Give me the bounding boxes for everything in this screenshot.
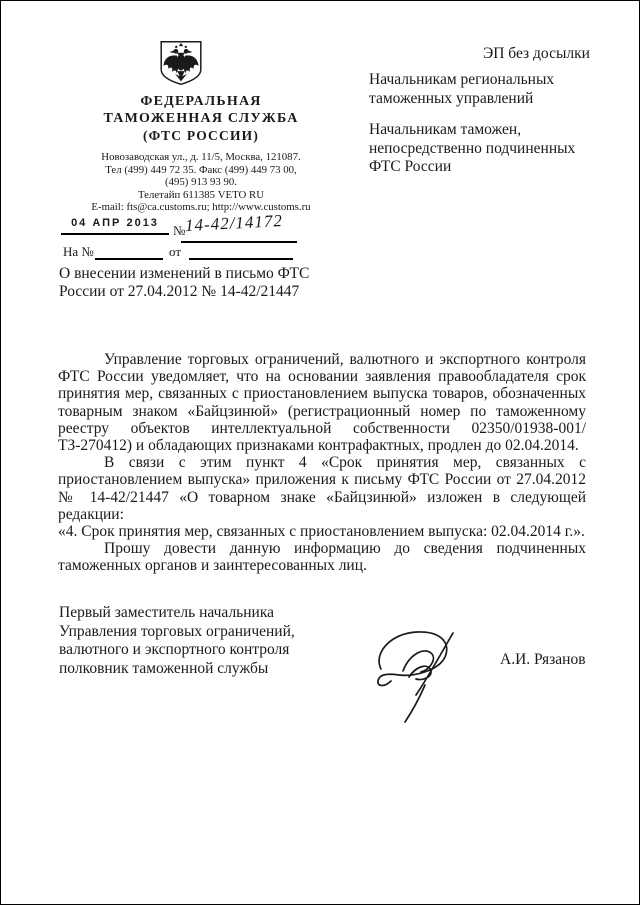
signer-name: А.И. Рязанов xyxy=(500,651,586,669)
signer-title: Первый заместитель начальника Управления… xyxy=(59,604,359,679)
org-name: ФЕДЕРАЛЬНАЯ ТАМОЖЕННАЯ СЛУЖБА xyxy=(41,93,361,127)
delivery-note: ЭП без досылки xyxy=(483,45,590,63)
from-date-label: от xyxy=(169,244,181,260)
org-name-line1: ФЕДЕРАЛЬНАЯ xyxy=(41,93,361,110)
body-paragraph: Прошу довести данную информацию до сведе… xyxy=(58,540,586,574)
from-date-blank-line xyxy=(189,258,293,260)
outgoing-number-underline xyxy=(181,241,297,243)
org-address: Новозаводская ул., д. 11/5, Москва, 1210… xyxy=(31,151,371,201)
number-sign-label: № xyxy=(173,223,185,239)
addressee-customs-offices: Начальникам таможен, непосредственно под… xyxy=(369,121,599,177)
body-paragraph: «4. Срок принятия мер, связанных с приос… xyxy=(58,523,586,540)
signature xyxy=(369,623,485,727)
in-reply-to-label: На № xyxy=(63,244,94,260)
letter-body: Управление торговых ограничений, валютно… xyxy=(58,351,586,575)
in-reply-to-blank-line xyxy=(95,258,163,260)
org-email-web: E-mail: fts@ca.customs.ru; http://www.cu… xyxy=(31,201,371,213)
body-paragraph: Управление торговых ограничений, валютно… xyxy=(58,351,586,454)
outgoing-number-handwritten: 14-42/14172 xyxy=(185,210,306,236)
org-name-line2: ТАМОЖЕННАЯ СЛУЖБА xyxy=(41,110,361,127)
addressee-regional-directorates: Начальникам региональных таможенных упра… xyxy=(369,71,599,108)
document-page: ФЕДЕРАЛЬНАЯ ТАМОЖЕННАЯ СЛУЖБА (ФТС РОССИ… xyxy=(0,0,640,905)
body-paragraph: В связи с этим пункт 4 «Срок принятия ме… xyxy=(58,454,586,523)
subject-line: О внесении изменений в письмо ФТС России… xyxy=(59,265,419,300)
org-abbreviation: (ФТС РОССИИ) xyxy=(41,128,361,144)
coat-of-arms-icon xyxy=(159,40,203,86)
date-stamp: 04 АПР 2013 xyxy=(61,217,169,235)
